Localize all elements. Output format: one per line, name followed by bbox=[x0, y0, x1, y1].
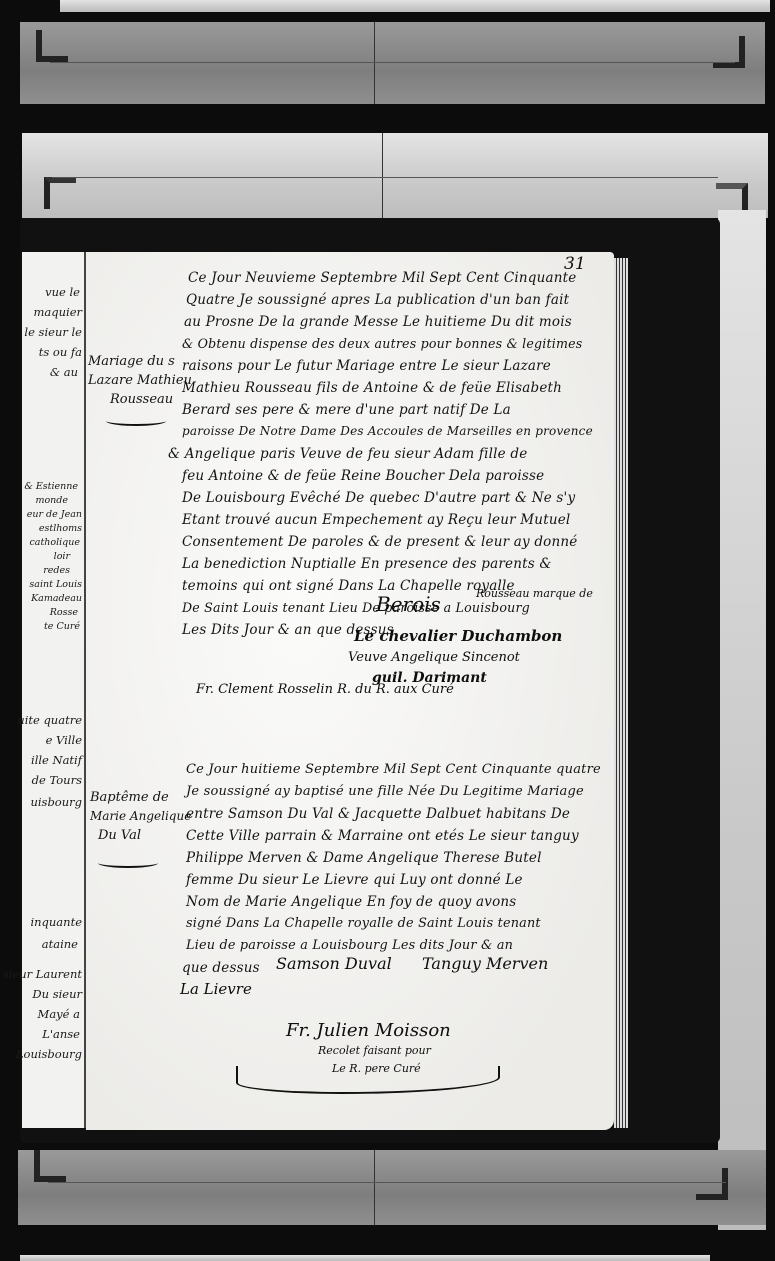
entry-line: Mathieu Rousseau fils de Antoine & de fe… bbox=[182, 380, 562, 396]
left-fragment: redes bbox=[43, 564, 70, 578]
left-fragment: L'anse bbox=[42, 1024, 80, 1044]
signature: Berois bbox=[376, 592, 441, 616]
left-fragment: loir bbox=[54, 550, 70, 564]
guide-line bbox=[52, 177, 718, 178]
guide-line bbox=[50, 62, 735, 63]
left-fragment: te Curé bbox=[44, 620, 80, 634]
main-page: 31 Mariage du s Lazare Mathieu Rousseau … bbox=[86, 252, 614, 1130]
left-fragment: sieur Laurent bbox=[3, 964, 82, 984]
film-calibration-strip-top bbox=[20, 22, 765, 104]
entry-line: au Prosne De la grande Messe Le huitieme… bbox=[184, 314, 572, 330]
entry-line: Quatre Je soussigné apres La publication… bbox=[186, 292, 569, 308]
signature: Recolet faisant pour bbox=[318, 1044, 431, 1057]
registration-mark bbox=[36, 30, 68, 62]
left-fragment: e Ville bbox=[46, 730, 82, 750]
left-fragment: vue le bbox=[45, 282, 80, 302]
entry-line: La benediction Nuptialle En presence des… bbox=[182, 556, 552, 572]
guide-line bbox=[48, 1182, 726, 1183]
left-fragment: monde bbox=[35, 494, 68, 508]
signature: La Lievre bbox=[180, 980, 252, 998]
entry-line: De Louisbourg Evêché De quebec D'autre p… bbox=[182, 490, 575, 506]
left-page: vue le maquier le sieur le ts ou fa & au… bbox=[22, 252, 86, 1128]
center-line bbox=[374, 22, 375, 104]
registration-mark bbox=[696, 1168, 728, 1200]
entry-line: paroisse De Notre Dame Des Accoules de M… bbox=[182, 424, 593, 438]
left-fragment: le sieur le bbox=[24, 322, 82, 342]
entry-line: Etant trouvé aucun Empechement ay Reçu l… bbox=[182, 512, 570, 528]
entry-line: & Angelique paris Veuve de feu sieur Ada… bbox=[168, 446, 527, 462]
center-line bbox=[374, 1150, 375, 1225]
entry-line: Nom de Marie Angelique En foy de quoy av… bbox=[186, 894, 516, 910]
left-fragment: ataine bbox=[42, 934, 78, 954]
entry-line: Consentement De paroles & de present & l… bbox=[182, 534, 578, 550]
margin-flourish bbox=[106, 416, 166, 426]
prior-frame-edge bbox=[60, 0, 770, 12]
entry-line: entre Samson Du Val & Jacquette Dalbuet … bbox=[186, 806, 570, 822]
left-fragment: Louisbourg bbox=[16, 1044, 82, 1064]
signature: Tanguy Merven bbox=[422, 954, 548, 973]
signature-flourish bbox=[236, 1066, 500, 1094]
film-calibration-strip-upper bbox=[22, 133, 768, 218]
left-fragment: & Estienne bbox=[24, 480, 78, 494]
page-stack-edge bbox=[614, 258, 628, 1128]
left-fragment: ts ou fa bbox=[39, 342, 82, 362]
signature: Fr. Clement Rosselin R. du R. aux Curé bbox=[196, 682, 454, 697]
entry-line: Berard ses pere & mere d'une part natif … bbox=[182, 402, 511, 418]
left-fragment: estlhoms bbox=[39, 522, 82, 536]
entry-line: De Saint Louis tenant Lieu De paroisse a… bbox=[182, 600, 530, 615]
signature: Rousseau marque de bbox=[476, 587, 593, 600]
entry-line: Ce Jour Neuvieme Septembre Mil Sept Cent… bbox=[188, 270, 576, 286]
margin-title-baptism: Baptême de Marie Angelique Du Val bbox=[90, 788, 191, 845]
left-fragment: eur de Jean bbox=[27, 508, 82, 522]
left-fragment: saint Louis bbox=[29, 578, 82, 592]
next-frame-edge bbox=[20, 1255, 710, 1261]
entry-line: Je soussigné ay baptisé une fille Née Du… bbox=[186, 784, 584, 799]
left-fragment: de Tours bbox=[32, 770, 82, 790]
entry-line: Philippe Merven & Dame Angelique Therese… bbox=[186, 850, 542, 866]
left-fragment: ille Natif bbox=[31, 750, 82, 770]
center-line bbox=[382, 133, 383, 218]
entry-line: Lieu de paroisse a Louisbourg Les dits J… bbox=[186, 938, 513, 953]
left-fragment: Mayé a bbox=[38, 1004, 80, 1024]
entry-line: Cette Ville parrain & Marraine ont etés … bbox=[186, 828, 579, 844]
entry-line: feu Antoine & de feüe Reine Boucher Dela… bbox=[182, 468, 544, 484]
registration-mark bbox=[34, 1150, 66, 1182]
margin-title-marriage: Mariage du s Lazare Mathieu Rousseau bbox=[88, 352, 192, 409]
registration-mark bbox=[713, 36, 745, 68]
margin-flourish bbox=[98, 858, 158, 868]
left-fragment: Rosse bbox=[50, 606, 78, 620]
entry-line: temoins qui ont signé Dans La Chapelle r… bbox=[182, 578, 515, 594]
entry-line: & Obtenu dispense des deux autres pour b… bbox=[182, 336, 582, 351]
signature: Le chevalier Duchambon bbox=[354, 627, 562, 645]
signature: Fr. Julien Moisson bbox=[286, 1020, 451, 1041]
left-fragment: maquier bbox=[33, 302, 82, 322]
left-fragment: Kamadeau bbox=[31, 592, 82, 606]
registration-mark bbox=[44, 177, 76, 209]
left-fragment: Du sieur bbox=[32, 984, 82, 1004]
right-paper-edge bbox=[718, 210, 766, 1230]
entry-line: Ce Jour huitieme Septembre Mil Sept Cent… bbox=[186, 762, 601, 777]
entry-line: raisons pour Le futur Mariage entre Le s… bbox=[182, 358, 551, 374]
entry-line: que dessus bbox=[182, 960, 260, 976]
left-fragment: & au bbox=[50, 362, 78, 382]
signature: Veuve Angelique Sincenot bbox=[348, 650, 520, 665]
signature: Samson Duval bbox=[276, 954, 392, 973]
left-fragment: catholique bbox=[29, 536, 80, 550]
entry-line: femme Du sieur Le Lievre qui Luy ont don… bbox=[186, 872, 523, 888]
left-fragment: uisbourg bbox=[30, 792, 82, 812]
left-fragment: uite quatre bbox=[17, 710, 82, 730]
film-calibration-strip-bottom bbox=[18, 1150, 766, 1225]
left-fragment: inquante bbox=[30, 912, 82, 932]
entry-line: signé Dans La Chapelle royalle de Saint … bbox=[186, 916, 541, 931]
